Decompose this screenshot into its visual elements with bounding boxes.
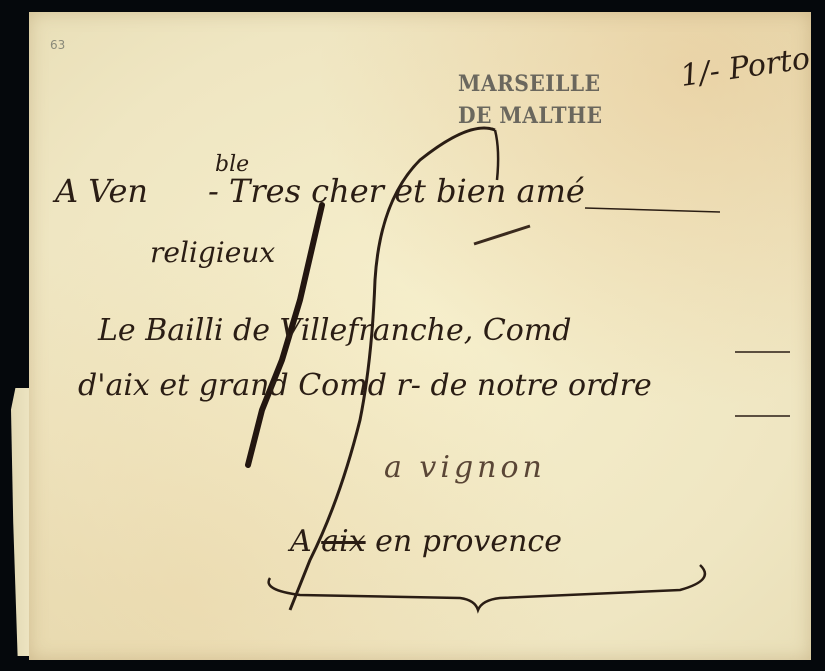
address-line-6-prefix: A [290, 524, 312, 559]
address-struck-word: aix [321, 524, 365, 559]
address-line-3: Le Bailli de Villefranche, Comd [98, 313, 572, 348]
address-line-5: a vignon [384, 450, 546, 485]
address-line-1: A Ven- Tres cher et bien amé [55, 172, 585, 210]
address-line-2: religieux [150, 236, 275, 269]
address-line-4: d'aix et grand Comd r- de notre ordre [78, 368, 652, 403]
address-line-1-prefix: A Ven [55, 172, 148, 210]
address-line-6-rest: en provence [375, 524, 562, 559]
address-line-1-rest: - Tres cher et bien amé [208, 172, 585, 210]
address-line-6: A aix en provence [290, 524, 562, 559]
